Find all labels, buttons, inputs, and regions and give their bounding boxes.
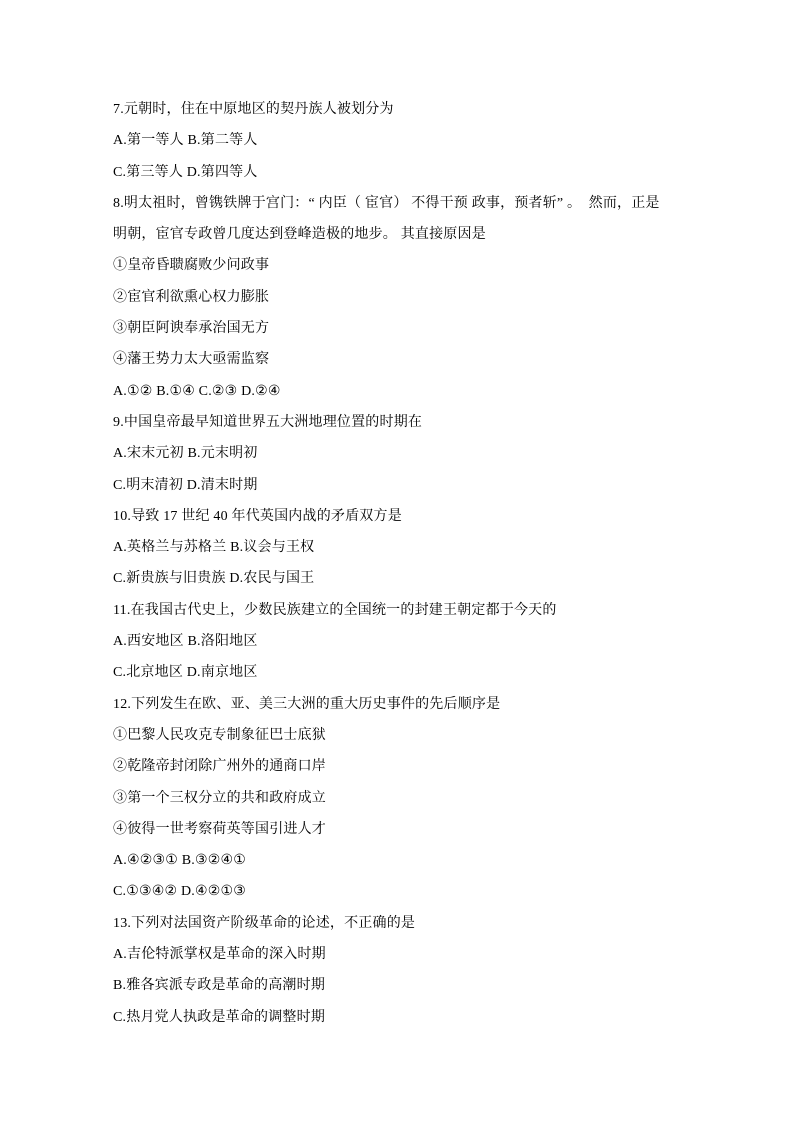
question-11: 11.在我国古代史上，少数民族建立的全国统一的封建王朝定都于今天的A.西安地区 … (113, 595, 690, 689)
answer-options-line: C.北京地区 D.南京地区 (113, 657, 690, 688)
numbered-list-item: ②乾隆帝封闭除广州外的通商口岸 (113, 751, 690, 782)
numbered-list-item: ③第一个三权分立的共和政府成立 (113, 783, 690, 814)
answer-options-line: C.第三等人 D.第四等人 (113, 157, 690, 188)
question-list: 7.元朝时，住在中原地区的契丹族人被划分为A.第一等人 B.第二等人C.第三等人… (113, 94, 690, 1033)
answer-options-line: A.吉伦特派掌权是革命的深入时期 (113, 939, 690, 970)
numbered-list-item: ④彼得一世考察荷英等国引进人才 (113, 814, 690, 845)
question-stem: 9.中国皇帝最早知道世界五大洲地理位置的时期在 (113, 407, 690, 438)
question-stem-continued: 明朝，宦官专政曾几度达到登峰造极的地步。 其直接原因是 (113, 219, 690, 250)
question-7: 7.元朝时，住在中原地区的契丹族人被划分为A.第一等人 B.第二等人C.第三等人… (113, 94, 690, 188)
answer-options-line: C.新贵族与旧贵族 D.农民与国王 (113, 563, 690, 594)
answer-options-line: C.热月党人执政是革命的调整时期 (113, 1002, 690, 1033)
numbered-list-item: ①皇帝昏聩腐败少问政事 (113, 250, 690, 281)
numbered-list-item: ①巴黎人民攻克专制象征巴士底狱 (113, 720, 690, 751)
question-stem: 13.下列对法国资产阶级革命的论述，不正确的是 (113, 908, 690, 939)
numbered-list-item: ④藩王势力太大亟需监察 (113, 344, 690, 375)
question-9: 9.中国皇帝最早知道世界五大洲地理位置的时期在A.宋末元初 B.元末明初C.明末… (113, 407, 690, 501)
question-10: 10.导致 17 世纪 40 年代英国内战的矛盾双方是A.英格兰与苏格兰 B.议… (113, 501, 690, 595)
answer-options-line: C.①③④② D.④②①③ (113, 876, 690, 907)
answer-options-line: A.④②③① B.③②④① (113, 845, 690, 876)
exam-page: 7.元朝时，住在中原地区的契丹族人被划分为A.第一等人 B.第二等人C.第三等人… (0, 0, 794, 1123)
answer-options-line: A.西安地区 B.洛阳地区 (113, 626, 690, 657)
question-stem: 8.明太祖时，曾镌铁牌于宫门：“ 内臣（ 宦官） 不得干预 政事，预者斩” 。 … (113, 188, 690, 219)
question-stem: 12.下列发生在欧、亚、美三大洲的重大历史事件的先后顺序是 (113, 689, 690, 720)
answer-options-line: A.①② B.①④ C.②③ D.②④ (113, 376, 690, 407)
numbered-list-item: ②宦官利欲熏心权力膨胀 (113, 282, 690, 313)
question-8: 8.明太祖时，曾镌铁牌于宫门：“ 内臣（ 宦官） 不得干预 政事，预者斩” 。 … (113, 188, 690, 407)
question-stem: 11.在我国古代史上，少数民族建立的全国统一的封建王朝定都于今天的 (113, 595, 690, 626)
question-13: 13.下列对法国资产阶级革命的论述，不正确的是A.吉伦特派掌权是革命的深入时期B… (113, 908, 690, 1033)
answer-options-line: C.明末清初 D.清末时期 (113, 470, 690, 501)
answer-options-line: A.第一等人 B.第二等人 (113, 125, 690, 156)
answer-options-line: A.英格兰与苏格兰 B.议会与王权 (113, 532, 690, 563)
answer-options-line: A.宋末元初 B.元末明初 (113, 438, 690, 469)
question-stem: 10.导致 17 世纪 40 年代英国内战的矛盾双方是 (113, 501, 690, 532)
numbered-list-item: ③朝臣阿谀奉承治国无方 (113, 313, 690, 344)
question-12: 12.下列发生在欧、亚、美三大洲的重大历史事件的先后顺序是①巴黎人民攻克专制象征… (113, 689, 690, 908)
question-stem: 7.元朝时，住在中原地区的契丹族人被划分为 (113, 94, 690, 125)
answer-options-line: B.雅各宾派专政是革命的高潮时期 (113, 970, 690, 1001)
